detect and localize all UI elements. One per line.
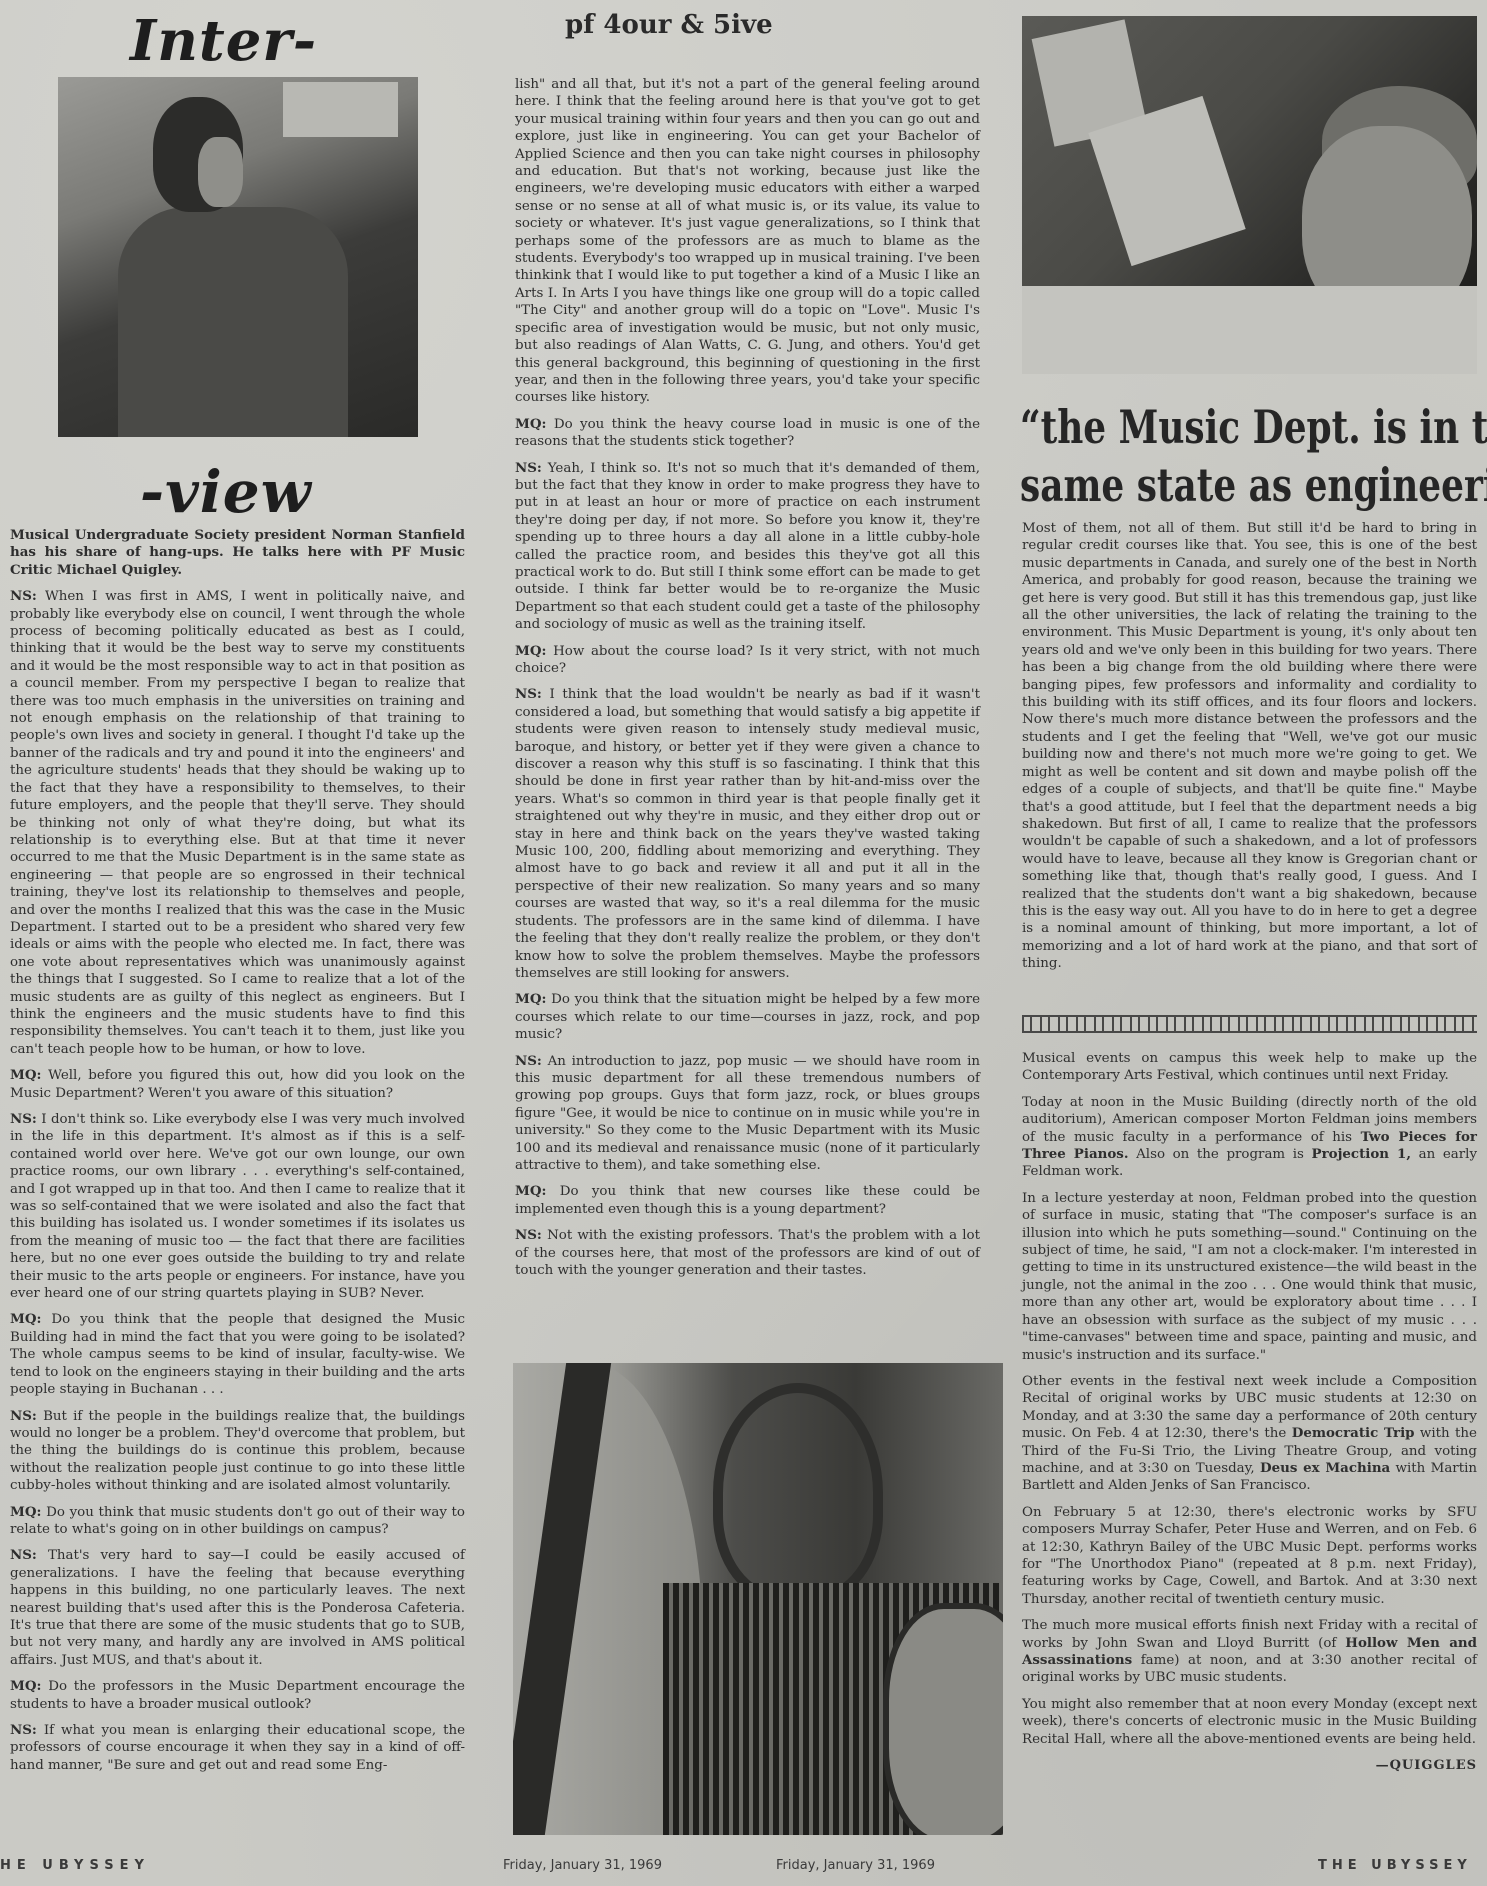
left-column-text: Musical Undergraduate Society president … <box>10 527 465 1783</box>
events-text: Also on the program is <box>1129 1147 1312 1162</box>
paragraph-text: How about the course load? Is it very st… <box>515 644 980 676</box>
qa-paragraph: MQ: Do you think that music students don… <box>10 1504 465 1539</box>
pull-quote-line-2: same state as engineering” <box>1020 456 1379 514</box>
qa-paragraph: MQ: Do you think that new courses like t… <box>515 1183 980 1218</box>
events-paragraph: The much more musical efforts finish nex… <box>1022 1617 1477 1687</box>
photo-sign <box>283 82 398 137</box>
qa-paragraph: NS: That's very hard to say—I could be e… <box>10 1547 465 1669</box>
footer-date-right: Friday, January 31, 1969 <box>776 1858 935 1873</box>
paragraph-text: Do you think that new courses like these… <box>515 1184 980 1216</box>
events-paragraph: Today at noon in the Music Building (dir… <box>1022 1094 1477 1181</box>
work-title: Democratic Trip <box>1292 1425 1415 1441</box>
speaker-label: NS: <box>515 686 542 702</box>
paragraph-text: Well, before you figured this out, how d… <box>10 1068 465 1100</box>
paragraph-text: When I was first in AMS, I went in polit… <box>10 589 465 1057</box>
drum-graphic <box>883 1603 1003 1835</box>
paragraph-text: lish" and all that, but it's not a part … <box>515 77 980 405</box>
qa-paragraph: NS: Not with the existing professors. Th… <box>515 1227 980 1279</box>
interview-photo-closeup <box>1022 16 1477 374</box>
qa-paragraph: MQ: Well, before you figured this out, h… <box>10 1067 465 1102</box>
footer-date-left: Friday, January 31, 1969 <box>503 1858 662 1873</box>
qa-paragraph: NS: Yeah, I think so. It's not so much t… <box>515 460 980 634</box>
speaker-label: MQ: <box>515 416 546 432</box>
qa-paragraph: NS: I think that the load wouldn't be ne… <box>515 686 980 982</box>
paragraph-text: Most of them, not all of them. But still… <box>1022 521 1477 971</box>
paragraph-text: Do the professors in the Music Departmen… <box>10 1679 465 1711</box>
photo-figure-body <box>118 207 348 437</box>
events-paragraph: On February 5 at 12:30, there's electron… <box>1022 1504 1477 1608</box>
events-paragraph: In a lecture yesterday at noon, Feldman … <box>1022 1190 1477 1364</box>
qa-paragraph: Most of them, not all of them. But still… <box>1022 520 1477 973</box>
qa-paragraph: NS: When I was first in AMS, I went in p… <box>10 588 465 1058</box>
middle-column-text: lish" and all that, but it's not a part … <box>515 76 980 1288</box>
greek-key-divider <box>1022 1015 1477 1033</box>
newspaper-page: Inter- -view Musical Undergraduate Socie… <box>0 0 1487 1886</box>
headline-inter: Inter- <box>130 8 317 74</box>
qa-paragraph: lish" and all that, but it's not a part … <box>515 76 980 407</box>
qa-paragraph: MQ: Do you think the heavy course load i… <box>515 416 980 451</box>
footer-paper-name-left: HE UBYSSEY <box>0 1858 150 1873</box>
speaker-label: MQ: <box>515 643 546 659</box>
qa-paragraph: NS: If what you mean is enlarging their … <box>10 1722 465 1774</box>
paragraph-text: Do you think that music students don't g… <box>10 1505 465 1537</box>
speaker-label: NS: <box>515 1227 542 1243</box>
qa-paragraph: MQ: Do you think that the situation migh… <box>515 991 980 1043</box>
paragraph-text: Yeah, I think so. It's not so much that … <box>515 461 980 633</box>
pull-quote-headline: “the Music Dept. is in the same state as… <box>1020 398 1379 514</box>
author-signature: —QUIGGLES <box>1022 1757 1477 1774</box>
photo-shirt <box>1022 286 1477 374</box>
musical-instruments-illustration <box>513 1363 1003 1835</box>
footer-paper-name-right: THE UBYSSEY <box>1318 1858 1472 1873</box>
speaker-label: NS: <box>10 1408 37 1424</box>
qa-paragraph: MQ: How about the course load? Is it ver… <box>515 643 980 678</box>
photo-figure-face <box>198 137 243 207</box>
paragraph-text: Do you think that the people that design… <box>10 1312 465 1397</box>
right-column-text: Most of them, not all of them. But still… <box>1022 520 1477 982</box>
paragraph-text: I think that the load wouldn't be nearly… <box>515 687 980 981</box>
speaker-label: NS: <box>515 1053 542 1069</box>
events-paragraph: Other events in the festival next week i… <box>1022 1373 1477 1495</box>
speaker-label: NS: <box>10 1111 37 1127</box>
speaker-label: NS: <box>515 460 542 476</box>
events-paragraph: You might also remember that at noon eve… <box>1022 1696 1477 1748</box>
speaker-label: MQ: <box>10 1504 41 1520</box>
paragraph-text: Not with the existing professors. That's… <box>515 1228 980 1278</box>
qa-paragraph: MQ: Do you think that the people that de… <box>10 1311 465 1398</box>
headline-view: -view <box>140 458 312 526</box>
speaker-label: MQ: <box>10 1311 41 1327</box>
work-title: Projection 1, <box>1312 1146 1412 1162</box>
speaker-label: NS: <box>10 1547 37 1563</box>
events-listing: Musical events on campus this week help … <box>1022 1050 1477 1774</box>
speaker-label: NS: <box>10 1722 37 1738</box>
section-masthead: pf 4our & 5ive <box>565 10 773 40</box>
work-title: Deus ex Machina <box>1260 1460 1390 1476</box>
speaker-label: MQ: <box>515 1183 546 1199</box>
qa-paragraph: NS: I don't think so. Like everybody els… <box>10 1111 465 1302</box>
paragraph-text: If what you mean is enlarging their educ… <box>10 1723 465 1773</box>
paragraph-text: Do you think the heavy course load in mu… <box>515 417 980 449</box>
paragraph-text: But if the people in the buildings reali… <box>10 1409 465 1494</box>
paragraph-text: An introduction to jazz, pop music — we … <box>515 1054 980 1173</box>
qa-paragraph: MQ: Do the professors in the Music Depar… <box>10 1678 465 1713</box>
speaker-label: NS: <box>10 588 37 604</box>
pull-quote-line-1: “the Music Dept. is in the <box>1020 398 1379 456</box>
qa-paragraph: NS: But if the people in the buildings r… <box>10 1408 465 1495</box>
speaker-label: MQ: <box>10 1067 41 1083</box>
qa-paragraph: NS: An introduction to jazz, pop music —… <box>515 1053 980 1175</box>
events-paragraph: Musical events on campus this week help … <box>1022 1050 1477 1085</box>
paragraph-text: Do you think that the situation might be… <box>515 992 980 1042</box>
article-intro: Musical Undergraduate Society president … <box>10 527 465 579</box>
tuba-graphic <box>713 1383 883 1603</box>
interview-photo-stanfield <box>58 77 418 437</box>
speaker-label: MQ: <box>515 991 546 1007</box>
paragraph-text: That's very hard to say—I could be easil… <box>10 1548 465 1667</box>
paragraph-text: I don't think so. Like everybody else I … <box>10 1112 465 1301</box>
speaker-label: MQ: <box>10 1678 41 1694</box>
